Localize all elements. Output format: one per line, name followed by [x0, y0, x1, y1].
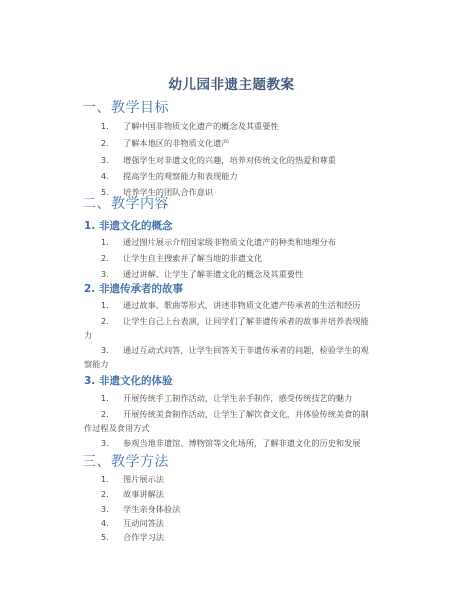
- subsection-heading-concept: 1. 非遗文化的概念: [84, 218, 172, 233]
- list-item: 3.通过互动式问答，让学生回答关于非遗传承者的问题，检验学生的观: [84, 343, 384, 358]
- document-title: 幼儿园非遗主题教案: [0, 73, 463, 93]
- list-item: 2.开展传统美食制作活动，让学生了解饮食文化，并体验传统美食的制: [84, 407, 384, 422]
- list-item: 3.通过讲解，让学生了解非遗文化的概念及其重要性: [84, 267, 384, 282]
- list-item: 1.开展传统手工制作活动，让学生亲手制作，感受传统技艺的魅力: [84, 391, 384, 406]
- document-page: 幼儿园非遗主题教案 一、教学目标 1.了解中国非物质文化遗产的概念及其重要性 2…: [0, 0, 463, 600]
- list-item: 2.让学生自己上台表演，让同学们了解非遗传承者的故事并培养表现能: [84, 314, 384, 329]
- list-item: 4.互动问答法: [84, 516, 384, 531]
- subsection-heading-experience: 3. 非遗文化的体验: [84, 373, 172, 388]
- list-item: 1.通过图片展示介绍国家级非物质文化遗产的种类和地理分布: [84, 235, 384, 250]
- list-item: 1.图片展示法: [84, 472, 384, 487]
- list-item: 1.通过故事、歌曲等形式，讲述非物质文化遗产传承者的生活和经历: [84, 298, 384, 313]
- list-item: 2.故事讲解法: [84, 487, 384, 502]
- list-item: 1.了解中国非物质文化遗产的概念及其重要性: [84, 119, 384, 134]
- section-heading-methods: 三、教学方法: [82, 451, 169, 471]
- list-item: 2.了解本地区的非物质文化遗产: [84, 136, 384, 151]
- subsection-heading-inheritors: 2. 非遗传承者的故事: [84, 281, 183, 296]
- list-item-continuation: 力: [84, 328, 384, 342]
- list-item: 4.提高学生的观察能力和表现能力: [84, 169, 384, 184]
- list-item: 2.让学生自主搜索并了解当地的非遗文化: [84, 251, 384, 266]
- section-heading-objectives: 一、教学目标: [82, 97, 169, 117]
- list-item: 3.参观当地非遗馆、博物馆等文化场所，了解非遗文化的历史和发展: [84, 436, 384, 451]
- section-heading-content: 二、教学内容: [82, 193, 169, 213]
- list-item: 5.合作学习法: [84, 530, 384, 545]
- list-item-continuation: 察能力: [84, 357, 384, 371]
- list-item: 3.学生亲身体验法: [84, 502, 384, 517]
- list-item: 3.增强学生对非遗文化的兴趣，培养对传统文化的热爱和尊重: [84, 153, 384, 168]
- list-item-continuation: 作过程及食用方式: [84, 421, 384, 435]
